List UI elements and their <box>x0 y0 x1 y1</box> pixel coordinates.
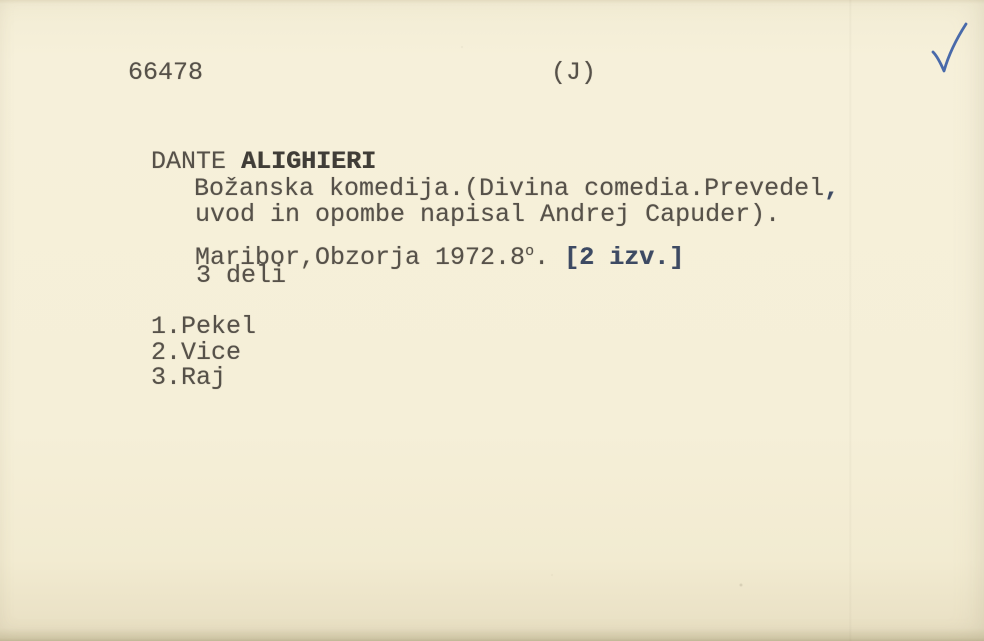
volume-list-item: 3.Raj <box>151 365 226 391</box>
volume-list-item: 1.Pekel <box>151 314 256 340</box>
title-line-1-comma: , <box>824 174 839 203</box>
author-last-name: ALIGHIERI <box>241 147 376 176</box>
imprint-separator: . <box>534 243 564 272</box>
catalog-number: 66478 <box>128 60 203 86</box>
author-first-name: DANTE <box>151 147 241 176</box>
title-line-2: uvod in opombe napisal Andrej Capuder). <box>195 202 780 228</box>
title-line-1-text: Božanska komedija.(Divina comedia.Preved… <box>194 174 824 203</box>
section-code: (J) <box>551 60 596 86</box>
catalog-card: 66478 (J) DANTE ALIGHIERI Božanska komed… <box>0 0 984 641</box>
title-line-1: Božanska komedija.(Divina comedia.Preved… <box>194 176 839 202</box>
author-heading: DANTE ALIGHIERI <box>151 149 376 175</box>
copies-note: [2 izv.] <box>564 243 684 272</box>
extent-note: 3 deli <box>196 263 286 289</box>
checkmark-icon <box>917 12 977 82</box>
imprint-format-degree: o <box>525 243 534 260</box>
